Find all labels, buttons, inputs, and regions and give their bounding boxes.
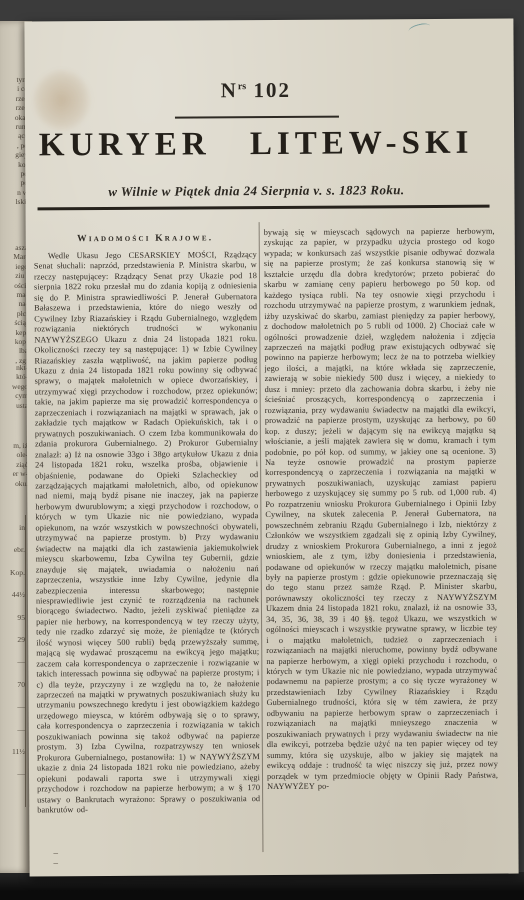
margin-fragment: któ- xyxy=(2,372,28,381)
margin-fragment: ole- xyxy=(2,450,28,459)
margin-table-value: 70 xyxy=(2,674,25,696)
margin-fragment: asza xyxy=(2,243,28,252)
ink-mark xyxy=(408,22,432,36)
margin-fragment: m, iż xyxy=(2,441,28,450)
margin-table-value: — xyxy=(2,651,25,673)
margin-fragment: oku. xyxy=(2,479,28,488)
margin-fragment: po xyxy=(2,169,28,178)
scan-backdrop-shadow xyxy=(0,872,524,900)
margin-table-value: Kop. xyxy=(2,562,25,584)
masthead-rule xyxy=(175,116,339,119)
issue-prefix: N xyxy=(221,78,238,102)
body-column-left: Wedle Ukasu Jego CESARSKIEY MOŚCI, Rządz… xyxy=(34,250,261,851)
margin-fragment: płci xyxy=(2,309,28,318)
margin-fragment: kop; xyxy=(2,337,28,346)
scanned-newspaper-page: { "masthead": { "issue_prefix": "N", "is… xyxy=(0,0,524,900)
masthead-heavy-rule xyxy=(38,205,490,211)
margin-fragment: po xyxy=(2,178,28,187)
margin-fragment: giey xyxy=(2,150,28,159)
margin-fragment: ziu , xyxy=(2,271,28,280)
margin-table-value: — xyxy=(2,763,25,785)
issue-digits: 102 xyxy=(253,78,291,102)
margin-fragment: ma- xyxy=(2,290,28,299)
margin-table-value: in xyxy=(2,517,25,539)
margin-fragment: lbą xyxy=(2,346,28,355)
margin-fragment: iego xyxy=(2,262,28,271)
margin-fragment: nkt- xyxy=(2,363,28,372)
margin-fragment: n w xyxy=(2,188,28,197)
margin-table-value: — xyxy=(2,719,25,741)
margin-fragment: wego xyxy=(2,382,28,391)
margin-table-value: 95 xyxy=(2,607,25,629)
margin-table-value: 11½ xyxy=(2,741,25,763)
margin-fragment: er w- xyxy=(2,469,28,478)
margin-fragment: na- xyxy=(2,299,28,308)
margin-table-value: ebr. xyxy=(2,539,25,561)
issue-superscript: rs xyxy=(238,81,246,92)
issue-number: Nrs 102 xyxy=(25,77,487,105)
margin-table-value: 29 xyxy=(2,629,25,651)
margin-fragment: lski. xyxy=(2,197,28,206)
margin-fragment: kep. xyxy=(2,328,28,337)
newspaper-title: KURYER LITEW-SKI xyxy=(25,125,487,165)
margin-fragment: ścią; xyxy=(2,318,28,327)
margin-table-value: — xyxy=(2,696,25,718)
margin-fragment: usta xyxy=(2,401,28,410)
pencil-marks: ‒ ‒ xyxy=(53,847,113,867)
margin-fragment: cym xyxy=(2,391,28,400)
dateline: w Wilnie w Piątek dnia 24 Sierpnia v. s.… xyxy=(25,182,487,201)
newspaper-page: Nrs 102 KURYER LITEW-SKI w Wilnie w Piąt… xyxy=(24,19,518,877)
body-column-right: bywają się w mieyscach sądowych na papie… xyxy=(264,227,499,851)
margin-fragment: , po xyxy=(2,141,28,150)
margin-fragment: Mar- xyxy=(2,252,28,261)
margin-fragment: ości, xyxy=(2,281,28,290)
margin-fragment: ko- xyxy=(2,160,28,169)
margin-fragment: ziąć xyxy=(2,460,28,469)
section-heading: Wiadomości Krajowe. xyxy=(34,233,257,244)
margin-table-value: 44½ xyxy=(2,584,25,606)
